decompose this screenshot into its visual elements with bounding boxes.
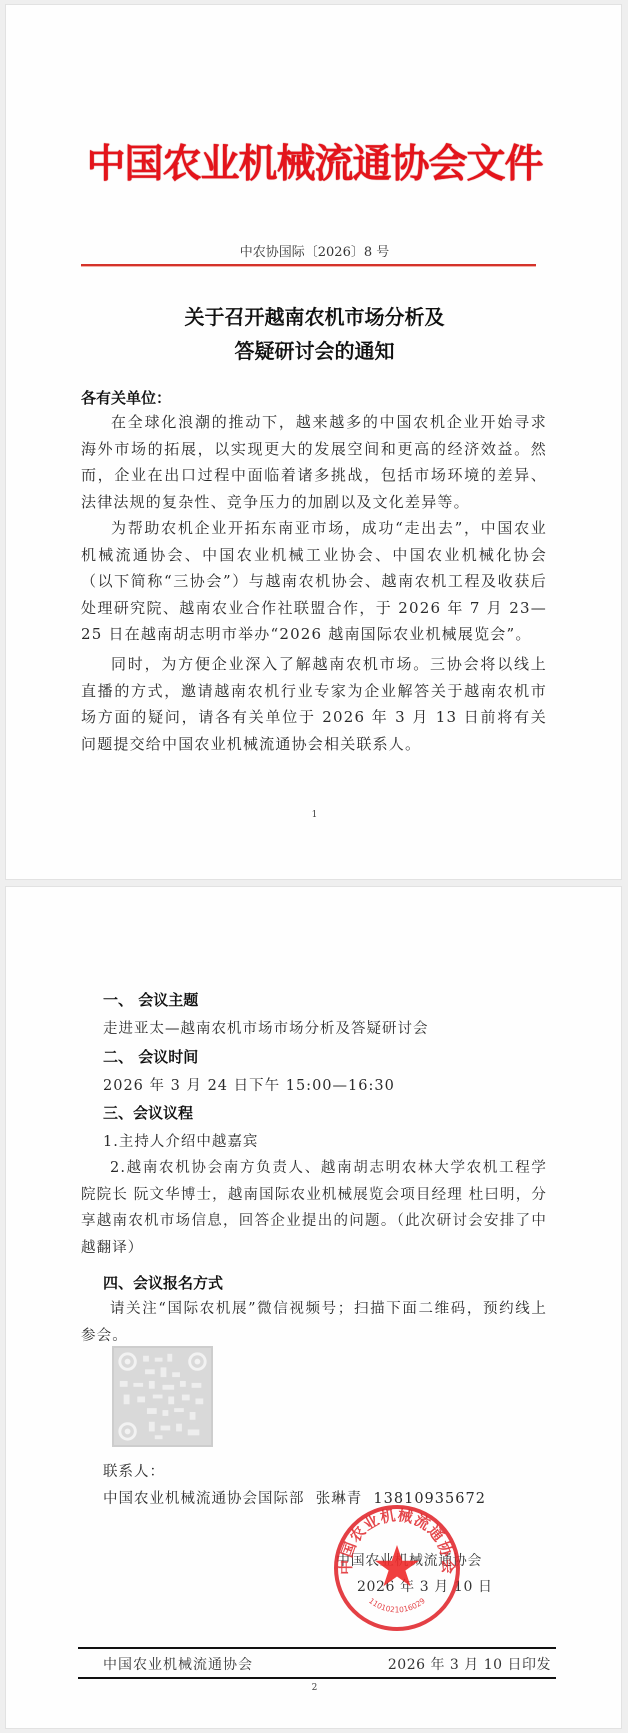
svg-text:1101021016029: 1101021016029 [367,1596,427,1614]
page-number: 2 [6,1683,623,1693]
document-page-1: 中国农业机械流通协会文件 中农协国际〔2026〕8 号 关于召开越南农机市场分析… [5,4,622,880]
qr-code-graphic [114,1348,211,1445]
agenda-item-1: 1.主持人介绍中越嘉宾 [103,1130,258,1151]
section-content-registration: 请关注“国际农机展”微信视频号；扫描下面二维码，预约线上参会。 [81,1296,547,1349]
footer-issue-date: 2026 年 3 月 10 日印发 [388,1654,551,1674]
section-heading-time: 二、 会议时间 [103,1046,198,1067]
section-content-time: 2026 年 3 月 24 日下午 15:00—16:30 [103,1074,395,1095]
footer-rule-bottom [78,1677,556,1679]
body-paragraph-3: 同时，为方便企业深入了解越南农机市场。三协会将以线上直播的方式，邀请越南农机行业… [81,651,547,757]
section-content-theme: 走进亚太—越南农机市场市场分析及答疑研讨会 [103,1017,429,1038]
body-paragraph-1: 在全球化浪潮的推动下，越来越多的中国农机企业开始寻求海外市场的拓展，以实现更大的… [81,409,547,515]
section-heading-agenda: 三、会议议程 [103,1102,193,1123]
official-seal-icon: 中国农业机械流通协会 1101021016029 [332,1503,462,1633]
agenda-item-2: 2.越南农机协会南方负责人、越南胡志明农林大学农机工程学院院长 阮文华博士，越南… [81,1155,547,1261]
page-number: 1 [6,810,623,820]
qr-code-icon[interactable] [112,1346,213,1447]
org-header-title: 中国农业机械流通协会文件 [6,133,623,189]
contact-label: 联系人： [103,1460,165,1481]
footer-rule-top [78,1647,556,1649]
notice-title-line-1: 关于召开越南农机市场分析及 [6,301,623,330]
document-number: 中农协国际〔2026〕8 号 [6,241,623,260]
section-heading-registration: 四、会议报名方式 [103,1272,223,1293]
body-paragraph-2: 为帮助农机企业开拓东南亚市场，成功“走出去”，中国农业机械流通协会、中国农业机械… [81,515,547,648]
document-page-2: 一、 会议主题 走进亚太—越南农机市场市场分析及答疑研讨会 二、 会议时间 20… [5,886,622,1729]
red-divider [81,264,536,266]
section-heading-theme: 一、 会议主题 [103,989,198,1010]
footer-organization: 中国农业机械流通协会 [103,1654,253,1674]
salutation: 各有关单位： [81,387,171,408]
notice-title-line-2: 答疑研讨会的通知 [6,335,623,364]
